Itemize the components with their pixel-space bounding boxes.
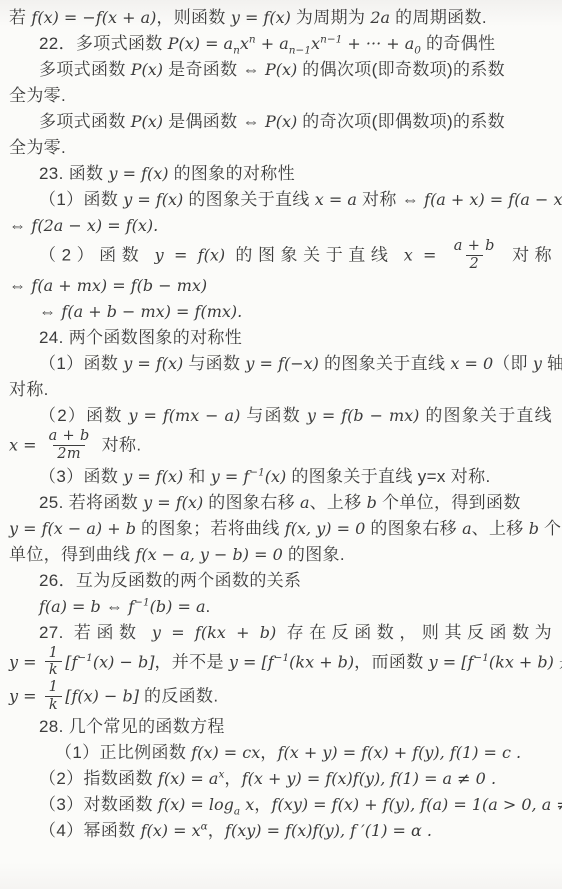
math-text: [f <box>65 652 77 671</box>
cjk-text: 27. 若函数 <box>39 623 152 642</box>
cjk-text: 个 <box>539 519 561 538</box>
text-line: （2）函数 y = f(mx − a) 与函数 y = f(b − mx) 的图… <box>9 403 554 429</box>
cjk-text: （2）函数 <box>39 246 155 265</box>
math-text: P(x) <box>265 112 297 131</box>
math-text: f(x + y) = f(x) + f(y), f(1) = c . <box>278 743 522 762</box>
math-text: f(a + mx) = f(b − mx) <box>31 276 207 295</box>
cjk-text: ，而函数 <box>354 652 428 671</box>
math-text: [f(x) − b] <box>65 687 139 706</box>
math-text: f(a) = b <box>39 597 101 616</box>
cjk-text: 全为零. <box>9 138 66 157</box>
cjk-text: 的图象. <box>283 545 345 564</box>
cjk-text: 对称. <box>9 380 49 399</box>
math-text: a <box>462 519 472 538</box>
cjk-text: 个单位，得到函数 <box>377 493 521 512</box>
text-line: （3）对数函数 f(x) = loga x，f(xy) = f(x) + f(y… <box>9 792 554 818</box>
text-line: f(a) = b ⇔ f−1(b) = a. <box>9 594 554 620</box>
math-text: y = f(x) <box>155 246 226 265</box>
math-text: f(xy) = f(x) + f(y), f(a) = 1(a > 0, a ≠… <box>272 795 562 814</box>
cjk-text: （1）函数 <box>39 190 123 209</box>
math-text: a <box>300 493 310 512</box>
cjk-text: （3）函数 <box>39 467 123 486</box>
text-line: 27. 若函数 y = f(kx + b) 存在反函数，则其反函数为 <box>9 620 554 646</box>
cjk-text: 是 <box>554 652 562 671</box>
cjk-text: ， <box>208 821 225 840</box>
cjk-text: . <box>205 597 210 616</box>
math-text: f(2a − x) = f(x). <box>31 216 158 235</box>
cjk-text: （1）正比例函数 <box>55 743 191 762</box>
math-superscript: −1 <box>249 466 264 478</box>
fraction-denominator: 2m <box>53 445 85 463</box>
cjk-text: 全为零. <box>9 86 66 105</box>
text-line: 若 f(x) = −f(x + a)，则函数 y = f(x) 为周期为 2a … <box>9 5 554 31</box>
text-line: （2）指数函数 f(x) = ax，f(x + y) = f(x)f(y), f… <box>9 766 554 792</box>
math-superscript: −1 <box>473 652 488 664</box>
cjk-text: 、上移 <box>310 493 367 512</box>
text-line: 26．互为反函数的两个函数的关系 <box>9 568 554 594</box>
math-text: y <box>533 354 542 373</box>
math-text: y = f <box>211 467 250 486</box>
text-line: 单位，得到曲线 f(x − a, y − b) = 0 的图象. <box>9 542 554 568</box>
text-line: （2）函数 y = f(x) 的图象关于直线 x = a + b2 对称 <box>9 239 554 273</box>
cjk-text: ⇔ <box>9 276 31 295</box>
cjk-text: 24. 两个函数图象的对称性 <box>39 328 242 347</box>
cjk-text: 的奇偶性 <box>421 34 495 53</box>
math-text: y = f(mx − a) <box>128 406 240 425</box>
math-text: y = f(x − a) + b <box>9 519 136 538</box>
cjk-text: 对称 ⇔ <box>357 190 424 209</box>
math-text: y = f(x) <box>143 493 203 512</box>
math-text: + ··· + a <box>342 34 414 53</box>
text-line: ⇔ f(a + b − mx) = f(mx). <box>9 299 554 325</box>
text-line: x = a + b2m 对称. <box>9 429 554 463</box>
math-fraction: 1k <box>45 645 63 679</box>
cjk-text: 的偶次项(即奇数项)的系数 <box>297 60 505 79</box>
cjk-text: （即 <box>493 354 533 373</box>
cjk-text: （3）对数函数 <box>39 795 158 814</box>
fraction-numerator: 1 <box>45 679 63 696</box>
cjk-text: （2）指数函数 <box>39 769 158 788</box>
math-text: x = a <box>315 190 357 209</box>
text-line: （4）幂函数 f(x) = xα，f(xy) = f(x)f(y), f ′(1… <box>9 818 554 844</box>
text-line: y = 1k[f−1(x) − b]，并不是 y = [f−1(kx + b)，… <box>9 646 554 680</box>
cjk-text: （2）函数 <box>39 406 128 425</box>
cjk-text: 的图象关于直线 <box>183 190 315 209</box>
cjk-text: 若 <box>9 8 31 27</box>
math-text: f(x − a, y − b) = 0 <box>135 545 282 564</box>
math-text: y = f(x) <box>231 8 291 27</box>
cjk-text: 对称 <box>502 246 552 265</box>
cjk-text: 22．多项式函数 <box>39 34 168 53</box>
math-text: (kx + b) <box>289 652 354 671</box>
math-text: (kx + b) <box>489 652 554 671</box>
math-text: f(x) = x <box>141 821 201 840</box>
math-text: y = f(x) <box>123 354 183 373</box>
cjk-text: 与函数 <box>240 406 307 425</box>
cjk-text: ， <box>260 743 277 762</box>
text-line: （1）函数 y = f(x) 的图象关于直线 x = a 对称 ⇔ f(a + … <box>9 187 554 213</box>
cjk-text: 的图象关于直线 <box>419 406 552 425</box>
fraction-denominator: k <box>45 661 62 679</box>
text-line: 24. 两个函数图象的对称性 <box>9 325 554 351</box>
math-text: x = <box>9 436 42 455</box>
math-text: x <box>240 34 249 53</box>
cjk-text: 的图象；若将曲线 <box>136 519 285 538</box>
cjk-text: 存在反函数，则其反函数为 <box>276 623 552 642</box>
math-text: x <box>311 34 320 53</box>
cjk-text: ，则函数 <box>156 8 230 27</box>
math-text: (x) − b] <box>93 652 155 671</box>
math-text: b <box>367 493 377 512</box>
cjk-text: ⇔ <box>39 302 61 321</box>
text-line: y = f(x − a) + b 的图象；若将曲线 f(x, y) = 0 的图… <box>9 516 554 542</box>
cjk-text: 的奇次项(即偶数项)的系数 <box>297 112 505 131</box>
cjk-text: 为周期为 <box>291 8 371 27</box>
math-text: + a <box>256 34 289 53</box>
math-subscript: 0 <box>414 44 421 56</box>
text-line: （1）函数 y = f(x) 与函数 y = f(−x) 的图象关于直线 x =… <box>9 351 554 377</box>
cjk-text: 的反函数. <box>139 687 219 706</box>
math-text: y = f(x) <box>123 190 183 209</box>
math-superscript: n−1 <box>320 33 342 45</box>
cjk-text: ⇔ <box>9 216 31 235</box>
fraction-numerator: a + b <box>45 428 94 445</box>
math-text: y = f(x) <box>108 164 168 183</box>
cjk-text: 和 <box>183 467 210 486</box>
cjk-text: 的图象关于直线 <box>225 246 404 265</box>
cjk-text: 是奇函数 ⇔ <box>163 60 265 79</box>
math-subscript: n−1 <box>289 44 311 56</box>
cjk-text: 的图象右移 <box>203 493 300 512</box>
math-text: f(x) = −f(x + a) <box>31 8 156 27</box>
math-text: y = f(−x) <box>245 354 318 373</box>
text-line: （1）正比例函数 f(x) = cx，f(x + y) = f(x) + f(y… <box>9 740 554 766</box>
math-text: (b) = a <box>150 597 206 616</box>
math-superscript: n <box>249 33 256 45</box>
cjk-text: ⇔ <box>101 597 128 616</box>
math-text: f(x) = a <box>158 769 219 788</box>
cjk-text: 、上移 <box>472 519 529 538</box>
text-line: ⇔ f(a + mx) = f(b − mx) <box>9 273 554 299</box>
math-fraction: a + b2 <box>450 238 499 272</box>
math-text: P(x) = a <box>168 34 233 53</box>
cjk-text: ， <box>254 795 271 814</box>
cjk-text: 28. 几个常见的函数方程 <box>39 717 225 736</box>
math-text: f(x) = log <box>158 795 234 814</box>
math-text: (x) <box>265 467 287 486</box>
math-fraction: a + b2m <box>45 428 94 462</box>
text-line: 25. 若将函数 y = f(x) 的图象右移 a、上移 b 个单位，得到函数 <box>9 490 554 516</box>
math-text: f(x, y) = 0 <box>285 519 365 538</box>
math-text: y = <box>9 687 42 706</box>
cjk-text: ， <box>224 769 241 788</box>
text-line: 28. 几个常见的函数方程 <box>9 714 554 740</box>
cjk-text: 轴） <box>542 354 562 373</box>
fraction-denominator: k <box>45 696 62 714</box>
text-line: 多项式函数 P(x) 是奇函数 ⇔ P(x) 的偶次项(即奇数项)的系数 <box>9 57 554 83</box>
math-fraction: 1k <box>45 679 63 713</box>
cjk-text: 是偶函数 ⇔ <box>163 112 265 131</box>
math-text: f(xy) = f(x)f(y), f ′(1) = α . <box>225 821 432 840</box>
cjk-text: 的图象关于直线 <box>319 354 451 373</box>
cjk-text: （4）幂函数 <box>39 821 141 840</box>
math-text: f(a + b − mx) = f(mx). <box>61 302 242 321</box>
math-superscript: −1 <box>77 652 92 664</box>
cjk-text: 单位，得到曲线 <box>9 545 135 564</box>
document-page: 若 f(x) = −f(x + a)，则函数 y = f(x) 为周期为 2a … <box>0 0 562 889</box>
cjk-text: 26．互为反函数的两个函数的关系 <box>39 571 301 590</box>
math-text: y = f(b − mx) <box>307 406 420 425</box>
cjk-text: 与函数 <box>183 354 245 373</box>
cjk-text: 23. 函数 <box>39 164 108 183</box>
math-text: y = [f <box>229 652 274 671</box>
math-text: y = <box>9 652 42 671</box>
math-text: f(x) = cx <box>191 743 260 762</box>
cjk-text: 25. 若将函数 <box>39 493 143 512</box>
cjk-text: （1）函数 <box>39 354 123 373</box>
text-line: 多项式函数 P(x) 是偶函数 ⇔ P(x) 的奇次项(即偶数项)的系数 <box>9 109 554 135</box>
text-line: 全为零. <box>9 83 554 109</box>
fraction-numerator: 1 <box>45 645 63 662</box>
math-text: y = [f <box>429 652 474 671</box>
cjk-text: 对称. <box>97 436 142 455</box>
cjk-text: 的图象右移 <box>365 519 462 538</box>
math-subscript: n <box>233 44 240 56</box>
math-text: 2a <box>370 8 390 27</box>
text-line: 23. 函数 y = f(x) 的图象的对称性 <box>9 161 554 187</box>
math-text: x = 0 <box>450 354 493 373</box>
math-text: x <box>240 795 254 814</box>
cjk-text: 多项式函数 <box>39 60 131 79</box>
cjk-text: 的周期函数. <box>390 8 487 27</box>
math-text: P(x) <box>131 60 163 79</box>
text-line: 对称. <box>9 377 554 403</box>
text-line: y = 1k[f(x) − b] 的反函数. <box>9 680 554 714</box>
math-superscript: α <box>201 821 208 833</box>
cjk-text: 的图象关于直线 y=x 对称. <box>286 467 490 486</box>
math-superscript: −1 <box>274 652 289 664</box>
cjk-text: ，并不是 <box>154 652 228 671</box>
math-text: P(x) <box>131 112 163 131</box>
fraction-numerator: a + b <box>450 238 499 255</box>
text-line: 全为零. <box>9 135 554 161</box>
cjk-text: 多项式函数 <box>39 112 131 131</box>
math-text: x = <box>404 246 447 265</box>
cjk-text: 的图象的对称性 <box>169 164 295 183</box>
math-text: b <box>529 519 539 538</box>
text-line: ⇔ f(2a − x) = f(x). <box>9 213 554 239</box>
math-text: f(x + y) = f(x)f(y), f(1) = a ≠ 0 . <box>242 769 496 788</box>
math-text: y = f(kx + b) <box>152 623 276 642</box>
math-superscript: −1 <box>134 596 149 608</box>
fraction-denominator: 2 <box>466 255 484 273</box>
text-line: 22．多项式函数 P(x) = anxn + an−1xn−1 + ··· + … <box>9 31 554 57</box>
text-line: （3）函数 y = f(x) 和 y = f−1(x) 的图象关于直线 y=x … <box>9 464 554 490</box>
math-text: y = f(x) <box>123 467 183 486</box>
math-text: f(a + x) = f(a − x) <box>424 190 562 209</box>
math-text: P(x) <box>265 60 297 79</box>
